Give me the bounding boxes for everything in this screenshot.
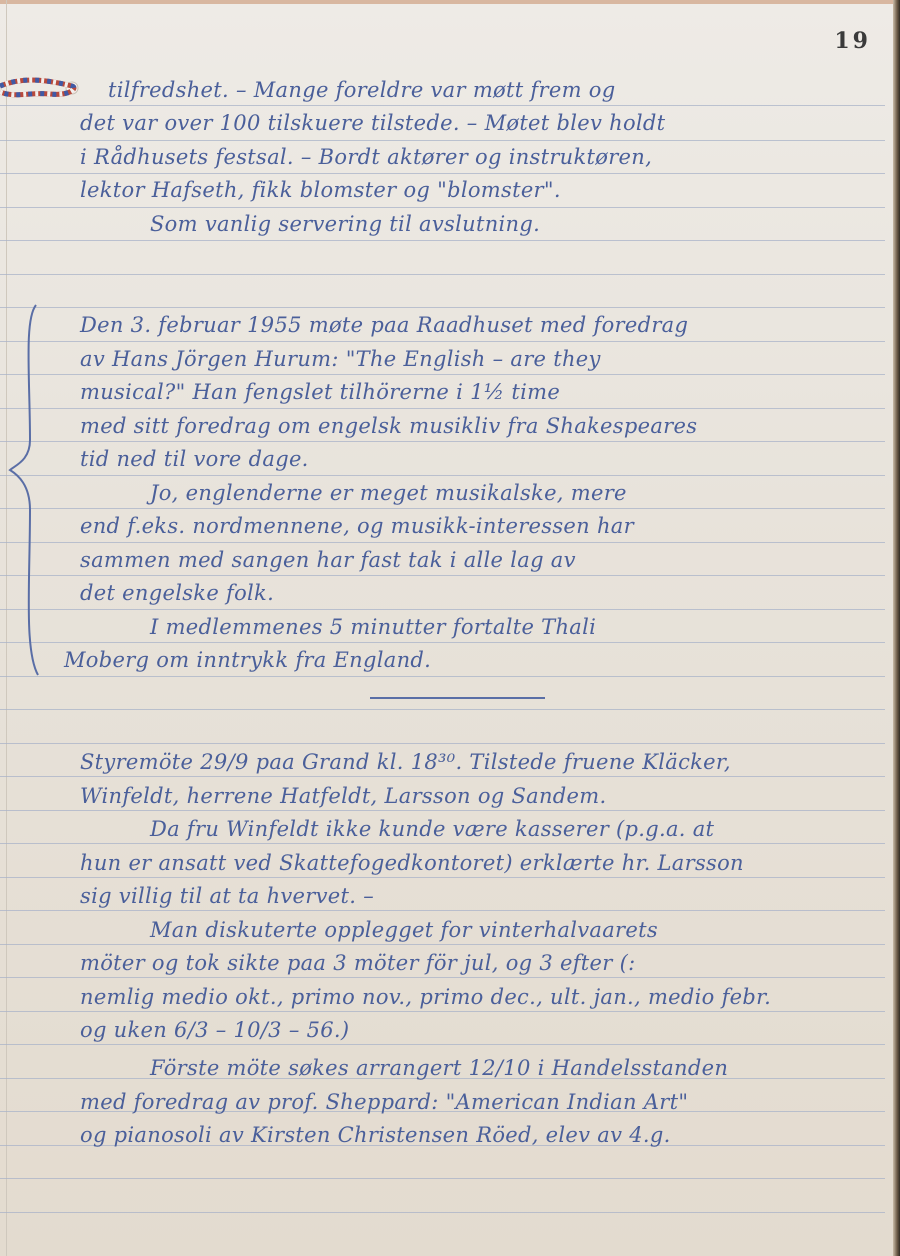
handwritten-line: Da fru Winfeldt ikke kunde være kasserer… [150, 819, 893, 840]
handwritten-line: sig villig til at ta hvervet. – [80, 886, 880, 907]
ruled-line [0, 240, 885, 241]
ruled-line [0, 374, 885, 375]
ruled-line [0, 575, 885, 576]
ruled-line [0, 1178, 885, 1179]
ruled-line [0, 676, 885, 677]
handwritten-line: det engelske folk. [80, 583, 880, 604]
handwritten-line: det var over 100 tilskuere tilstede. – M… [80, 113, 880, 134]
left-brace-icon [6, 300, 46, 680]
ruled-line [0, 408, 885, 409]
ruled-line [0, 173, 885, 174]
handwritten-line: Styremöte 29/9 paa Grand kl. 18³⁰. Tilst… [80, 752, 880, 773]
ruled-line [0, 776, 885, 777]
ruled-line [0, 105, 885, 106]
handwritten-line: Den 3. februar 1955 møte paa Raadhuset m… [80, 315, 880, 336]
handwritten-line: og uken 6/3 – 10/3 – 56.) [80, 1020, 880, 1041]
page-number: 19 [834, 28, 871, 54]
handwritten-line: Jo, englenderne er meget musikalske, mer… [150, 483, 893, 504]
ruled-line [0, 307, 885, 308]
handwritten-line: Winfeldt, herrene Hatfeldt, Larsson og S… [80, 786, 880, 807]
handwritten-line: sammen med sangen har fast tak i alle la… [80, 550, 880, 571]
handwritten-line: av Hans Jörgen Hurum: "The English – are… [80, 349, 880, 370]
ruled-line [0, 274, 885, 275]
ruled-line [0, 341, 885, 342]
handwritten-line: med sitt foredrag om engelsk musikliv fr… [80, 416, 880, 437]
ruled-line [0, 441, 885, 442]
ruled-line [0, 1212, 885, 1213]
ruled-line [0, 475, 885, 476]
ruled-line [0, 1011, 885, 1012]
ruled-line [0, 207, 885, 208]
section-divider [370, 697, 545, 699]
notebook-page: 19 tilfredshet. – Mange foreldre var møt… [0, 0, 893, 1256]
handwritten-line: og pianosoli av Kirsten Christensen Röed… [80, 1125, 880, 1146]
handwritten-line: nemlig medio okt., primo nov., primo dec… [80, 987, 880, 1008]
ruled-line [0, 542, 885, 543]
handwritten-line: Moberg om inntrykk fra England. [64, 650, 864, 671]
handwritten-line: Som vanlig servering til avslutning. [150, 214, 893, 235]
handwritten-line: Förste möte søkes arrangert 12/10 i Hand… [150, 1058, 893, 1079]
ruled-line [0, 810, 885, 811]
handwritten-line: I medlemmenes 5 minutter fortalte Thali [150, 617, 893, 638]
handwritten-line: tid ned til vore dage. [80, 449, 880, 470]
ruled-line [0, 944, 885, 945]
page-top-edge [0, 0, 893, 4]
ruled-line [0, 1044, 885, 1045]
handwritten-line: end f.eks. nordmennene, og musikk-intere… [80, 516, 880, 537]
ruled-line [0, 642, 885, 643]
handwritten-line: i Rådhusets festsal. – Bordt aktører og … [80, 147, 880, 168]
handwritten-line: hun er ansatt ved Skattefogedkontoret) e… [80, 853, 880, 874]
handwritten-line: Man diskuterte opplegget for vinterhalva… [150, 920, 893, 941]
ruled-line [0, 877, 885, 878]
ruled-line [0, 609, 885, 610]
binding-cord-icon [0, 76, 82, 100]
handwritten-line: musical?" Han fengslet tilhörerne i 1½ t… [80, 382, 880, 403]
ruled-line [0, 843, 885, 844]
handwritten-line: tilfredshet. – Mange foreldre var møtt f… [108, 80, 893, 101]
handwritten-line: med foredrag av prof. Sheppard: "America… [80, 1092, 880, 1113]
ruled-line [0, 743, 885, 744]
ruled-line [0, 977, 885, 978]
ruled-line [0, 910, 885, 911]
handwritten-line: möter og tok sikte paa 3 möter för jul, … [80, 953, 880, 974]
ruled-line [0, 140, 885, 141]
handwritten-line: lektor Hafseth, fikk blomster og "blomst… [80, 180, 880, 201]
ruled-line [0, 709, 885, 710]
ruled-line [0, 508, 885, 509]
book-edge [893, 0, 900, 1256]
